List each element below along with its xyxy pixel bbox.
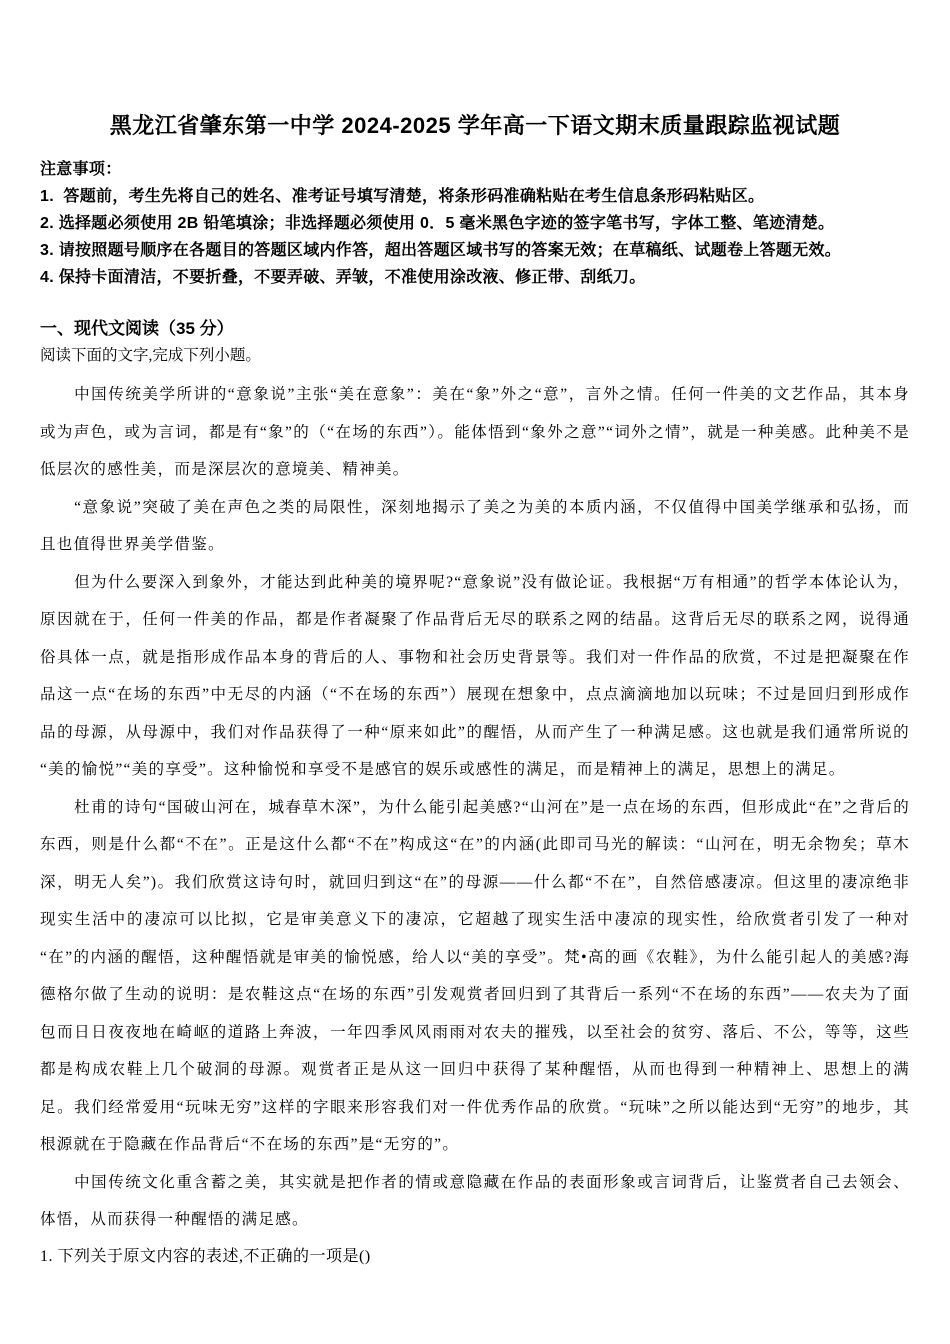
question-1: 1. 下列关于原文内容的表述,不正确的一项是() <box>40 1244 910 1270</box>
document-title: 黑龙江省肇东第一中学 2024-2025 学年高一下语文期末质量跟踪监视试题 <box>40 112 910 140</box>
passage-paragraph-2: “意象说”突破了美在声色之类的局限性，深刻地揭示了美之为美的本质内涵，不仅值得中… <box>40 489 910 564</box>
notice-item-2: 2. 选择题必须使用 2B 铅笔填涂；非选择题必须使用 0．5 毫米黑色字迹的签… <box>40 210 910 237</box>
notice-item-1: 1. 答题前，考生先将自己的姓名、准考证号填写清楚，将条形码准确粘贴在考生信息条… <box>40 183 910 210</box>
passage-paragraph-4: 杜甫的诗句“国破山河在，城春草木深”，为什么能引起美感?“山河在”是一点在场的东… <box>40 789 910 1164</box>
exam-paper-page: 黑龙江省肇东第一中学 2024-2025 学年高一下语文期末质量跟踪监视试题 注… <box>0 0 950 1344</box>
exam-notice-block: 注意事项： 1. 答题前，考生先将自己的姓名、准考证号填写清楚，将条形码准确粘贴… <box>40 156 910 291</box>
notice-item-3: 3. 请按照题号顺序在各题目的答题区域内作答，超出答题区域书写的答案无效；在草稿… <box>40 237 910 264</box>
section-one-heading: 一、现代文阅读（35 分） <box>40 317 910 341</box>
passage-paragraph-3: 但为什么要深入到象外，才能达到此种美的境界呢?“意象说”没有做论证。我根据“万有… <box>40 564 910 789</box>
notice-item-4: 4. 保持卡面清洁，不要折叠，不要弄破、弄皱，不准使用涂改液、修正带、刮纸刀。 <box>40 264 910 291</box>
passage-paragraph-5: 中国传统文化重含蓄之美，其实就是把作者的情或意隐藏在作品的表面形象或言词背后，让… <box>40 1164 910 1239</box>
reading-passage: 中国传统美学所讲的“意象说”主张“美在意象”：美在“象”外之“意”，言外之情。任… <box>40 376 910 1239</box>
passage-paragraph-1: 中国传统美学所讲的“意象说”主张“美在意象”：美在“象”外之“意”，言外之情。任… <box>40 376 910 489</box>
reading-intro: 阅读下面的文字,完成下列小题。 <box>40 343 910 369</box>
notice-heading: 注意事项： <box>40 156 910 183</box>
